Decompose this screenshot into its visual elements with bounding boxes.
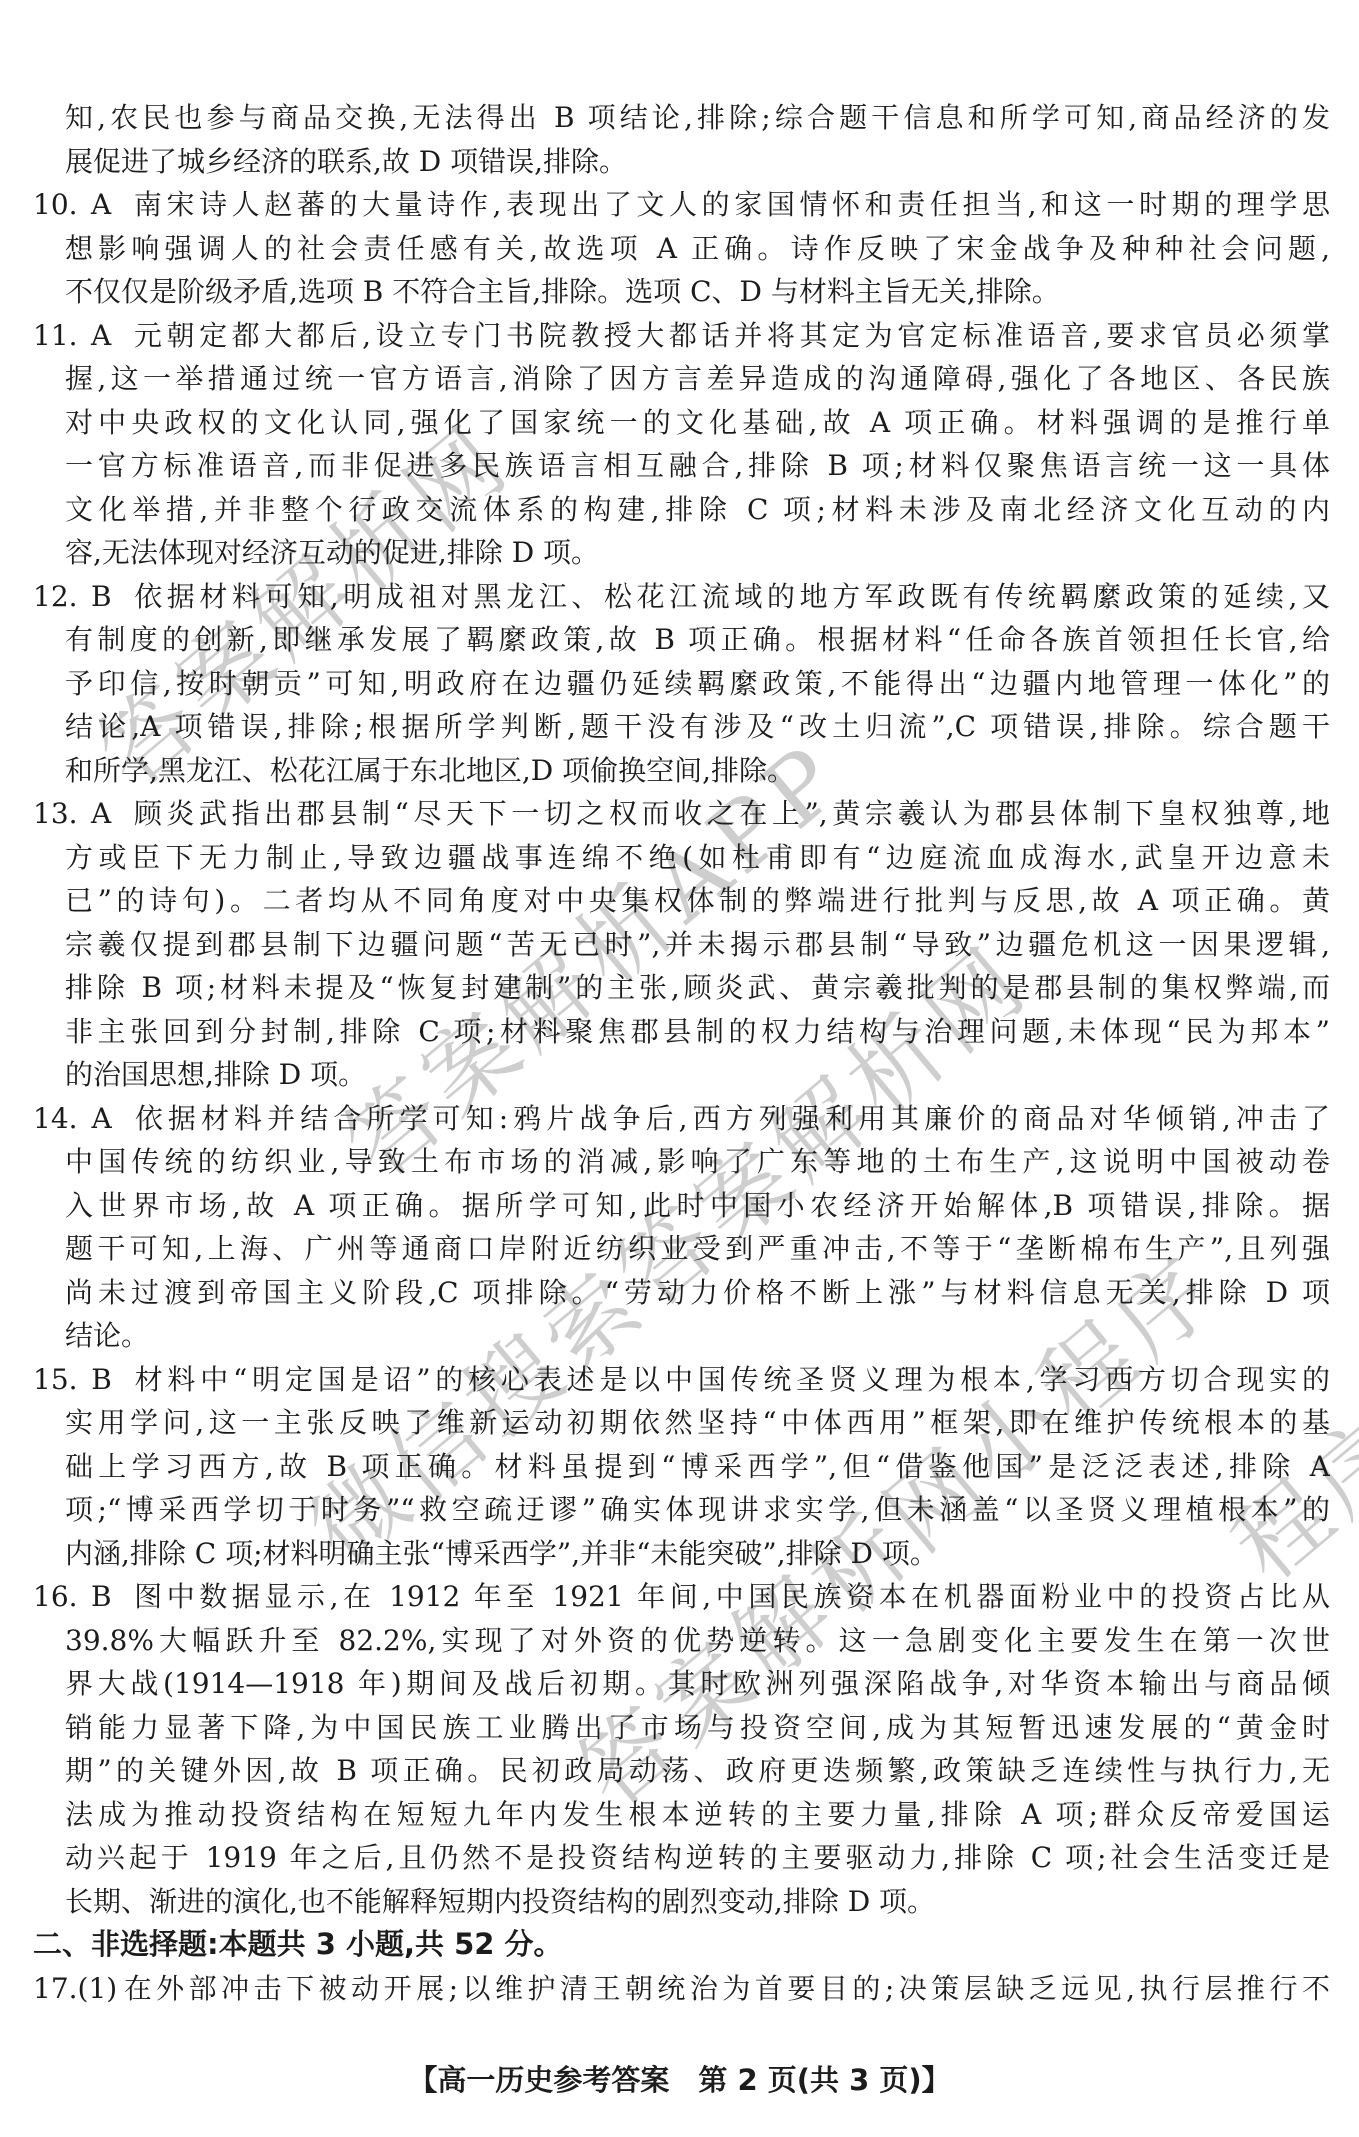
text-line: 39.8%大幅跃升至 82.2%,实现了对外资的优势逆转。这一急剧变化主要发生在…	[33, 1619, 1330, 1663]
text-line: 予印信,按时朝贡”可知,明政府在边疆仍延续羁縻政策,不能得出“边疆内地管理一体化…	[33, 662, 1330, 706]
text-line: 对中央政权的文化认同,强化了国家统一的文化基础,故 A 项正确。材料强调的是推行…	[33, 401, 1330, 445]
text-line: 15. B材料中“明定国是诏”的核心表述是以中国传统圣贤义理为根本,学习西方切合…	[33, 1358, 1330, 1402]
text-line: 入世界市场,故 A 项正确。据所学可知,此时中国小农经济开始解体,B 项错误,排…	[33, 1184, 1330, 1228]
text-line: 展促进了城乡经济的联系,故 D 项错误,排除。	[33, 140, 1330, 184]
text-line: 有制度的创新,即继承发展了羁縻政策,故 B 项正确。根据材料“任命各族首领担任长…	[33, 618, 1330, 662]
text-line: 结论,A 项错误,排除;根据所学判断,题干没有涉及“改土归流”,C 项错误,排除…	[33, 705, 1330, 749]
text-line: 不仅仅是阶级矛盾,选项 B 不符合主旨,排除。选项 C、D 与材料主旨无关,排除…	[33, 270, 1330, 314]
line-text: 排除 B 项;材料未提及“恢复封建制”的主张,顾炎武、黄宗羲批判的是郡县制的集权…	[65, 971, 1330, 1004]
text-line: 实用学问,这一主张反映了维新运动初期依然坚持“中体西用”框架,即在维护传统根本的…	[33, 1401, 1330, 1445]
line-text: 握,这一举措通过统一官方语言,消除了因方言差异造成的沟通障碍,强化了各地区、各民…	[65, 362, 1330, 395]
line-text: 想影响强调人的社会责任感有关,故选项 A 正确。诗作反映了宋金战争及种种社会问题…	[65, 232, 1330, 265]
text-line: 的治国思想,排除 D 项。	[33, 1053, 1330, 1097]
text-line: 一官方标准语音,而非促进多民族语言相互融合,排除 B 项;材料仅聚焦语言统一这一…	[33, 444, 1330, 488]
item-marker: 17.(1)	[33, 1972, 117, 2005]
line-text: 界大战(1914—1918 年)期间及战后初期。其时欧洲列强深陷战争,对华资本输…	[65, 1667, 1330, 1700]
item-marker: 14. A	[33, 1102, 112, 1135]
text-line: 题干可知,上海、广州等通商口岸附近纺织业受到严重冲击,不等于“垄断棉布生产”,且…	[33, 1227, 1330, 1271]
line-text: 展促进了城乡经济的联系,故 D 项错误,排除。	[65, 145, 627, 178]
text-line: 结论。	[33, 1314, 1330, 1358]
text-line: 础上学习西方,故 B 项正确。材料虽提到“博采西学”,但“借鉴他国”是泛泛表述,…	[33, 1445, 1330, 1489]
text-line: 界大战(1914—1918 年)期间及战后初期。其时欧洲列强深陷战争,对华资本输…	[33, 1662, 1330, 1706]
text-line: 17.(1)在外部冲击下被动开展;以维护清王朝统治为首要目的;决策层缺乏远见,执…	[33, 1967, 1330, 2011]
line-text: 动兴起于 1919 年之后,且仍然不是投资结构逆转的主要驱动力,排除 C 项;社…	[65, 1841, 1330, 1874]
line-text: 不仅仅是阶级矛盾,选项 B 不符合主旨,排除。选项 C、D 与材料主旨无关,排除…	[65, 275, 1060, 308]
text-line: 长期、渐进的演化,也不能解释短期内投资结构的剧烈变动,排除 D 项。	[33, 1880, 1330, 1924]
line-text: 结论。	[65, 1319, 149, 1352]
text-line: 非主张回到分封制,排除 C 项;材料聚焦郡县制的权力结构与治理问题,未体现“民为…	[33, 1010, 1330, 1054]
exam-answer-page: 答案解析网答案解析APP微信搜索答案解析网答案解析网小程序程序 知,农民也参与商…	[0, 0, 1359, 2137]
line-text: 宗羲仅提到郡县制下边疆问题“苦无已时”,并未揭示郡县制“导致”边疆危机这一因果逻…	[65, 928, 1330, 961]
line-text: 依据材料可知,明成祖对黑龙江、松花江流域的地方军政既有传统羁縻政策的延续,又	[130, 580, 1330, 613]
item-marker: 11. A	[33, 319, 111, 352]
line-text: 对中央政权的文化认同,强化了国家统一的文化基础,故 A 项正确。材料强调的是推行…	[65, 406, 1330, 439]
page-footer: 【高一历史参考答案 第 2 页(共 3 页)】	[0, 2058, 1359, 2099]
line-text: 文化举措,并非整个行政交流体系的构建,排除 C 项;材料未涉及南北经济文化互动的…	[65, 493, 1330, 526]
text-line: 方或臣下无力制止,导致边疆战事连绵不绝(如杜甫即有“边庭流血成海水,武皇开边意未	[33, 836, 1330, 880]
text-line: 想影响强调人的社会责任感有关,故选项 A 正确。诗作反映了宋金战争及种种社会问题…	[33, 227, 1330, 271]
line-text: 中国传统的纺织业,导致土布市场的消减,影响了广东等地的土布生产,这说明中国被动卷	[65, 1145, 1330, 1178]
item-marker: 10. A	[33, 188, 111, 221]
text-line: 动兴起于 1919 年之后,且仍然不是投资结构逆转的主要驱动力,排除 C 项;社…	[33, 1836, 1330, 1880]
line-text: 材料中“明定国是诏”的核心表述是以中国传统圣贤义理为根本,学习西方切合现实的	[130, 1363, 1330, 1396]
text-line: 容,无法体现对经济互动的促进,排除 D 项。	[33, 531, 1330, 575]
line-text: 方或臣下无力制止,导致边疆战事连绵不绝(如杜甫即有“边庭流血成海水,武皇开边意未	[65, 841, 1330, 874]
line-text: 非主张回到分封制,排除 C 项;材料聚焦郡县制的权力结构与治理问题,未体现“民为…	[65, 1015, 1330, 1048]
line-text: 元朝定都大都后,设立专门书院教授大都话并将其定为官定标准语音,要求官员必须掌	[129, 319, 1330, 352]
text-line: 内涵,排除 C 项;材料明确主张“博采西学”,并非“未能突破”,排除 D 项。	[33, 1532, 1330, 1576]
text-line: 已”的诗句)。二者均从不同角度对中央集权体制的弊端进行批判与反思,故 A 项正确…	[33, 879, 1330, 923]
line-text: 题干可知,上海、广州等通商口岸附近纺织业受到严重冲击,不等于“垄断棉布生产”,且…	[65, 1232, 1330, 1265]
line-text: 一官方标准语音,而非促进多民族语言相互融合,排除 B 项;材料仅聚焦语言统一这一…	[65, 449, 1330, 482]
line-text: 期”的关键外因,故 B 项正确。民初政局动荡、政府更迭频繁,政策缺乏连续性与执行…	[65, 1754, 1330, 1787]
line-text: 尚未过渡到帝国主义阶段,C 项排除。“劳动力价格不断上涨”与材料信息无关,排除 …	[65, 1276, 1330, 1309]
line-text: 依据材料并结合所学可知:鸦片战争后,西方列强利用其廉价的商品对华倾销,冲击了	[130, 1102, 1330, 1135]
line-text: 南宋诗人赵蕃的大量诗作,表现出了文人的家国情怀和责任担当,和这一时期的理学思	[129, 188, 1330, 221]
text-line: 和所学,黑龙江、松花江属于东北地区,D 项偷换空间,排除。	[33, 749, 1330, 793]
line-text: 图中数据显示,在 1912 年至 1921 年间,中国民族资本在机器面粉业中的投…	[130, 1580, 1330, 1613]
line-text: 内涵,排除 C 项;材料明确主张“博采西学”,并非“未能突破”,排除 D 项。	[65, 1537, 938, 1570]
text-line: 握,这一举措通过统一官方语言,消除了因方言差异造成的沟通障碍,强化了各地区、各民…	[33, 357, 1330, 401]
line-text: 已”的诗句)。二者均从不同角度对中央集权体制的弊端进行批判与反思,故 A 项正确…	[65, 884, 1330, 917]
line-text: 的治国思想,排除 D 项。	[65, 1058, 366, 1091]
text-line: 二、非选择题:本题共 3 小题,共 52 分。	[33, 1923, 1330, 1967]
item-marker: 15. B	[33, 1363, 112, 1396]
text-line: 项;“博采西学切于时务”“救空疏迂谬”确实体现讲求实学,但未涵盖“以圣贤义理植根…	[33, 1488, 1330, 1532]
item-marker: 13. A	[33, 797, 111, 830]
line-text: 二、非选择题:本题共 3 小题,共 52 分。	[33, 1927, 563, 1961]
text-line: 宗羲仅提到郡县制下边疆问题“苦无已时”,并未揭示郡县制“导致”边疆危机这一因果逻…	[33, 923, 1330, 967]
line-text: 有制度的创新,即继承发展了羁縻政策,故 B 项正确。根据材料“任命各族首领担任长…	[65, 623, 1330, 656]
text-line: 11. A元朝定都大都后,设立专门书院教授大都话并将其定为官定标准语音,要求官员…	[33, 314, 1330, 358]
text-line: 12. B依据材料可知,明成祖对黑龙江、松花江流域的地方军政既有传统羁縻政策的延…	[33, 575, 1330, 619]
line-text: 项;“博采西学切于时务”“救空疏迂谬”确实体现讲求实学,但未涵盖“以圣贤义理植根…	[65, 1493, 1330, 1526]
line-text: 长期、渐进的演化,也不能解释短期内投资结构的剧烈变动,排除 D 项。	[65, 1885, 935, 1918]
item-marker: 12. B	[33, 580, 112, 613]
text-line: 期”的关键外因,故 B 项正确。民初政局动荡、政府更迭频繁,政策缺乏连续性与执行…	[33, 1749, 1330, 1793]
answer-text-block: 知,农民也参与商品交换,无法得出 B 项结论,排除;综合题干信息和所学可知,商品…	[33, 96, 1330, 2010]
line-text: 在外部冲击下被动开展;以维护清王朝统治为首要目的;决策层缺乏远见,执行层推行不	[119, 1972, 1330, 2005]
line-text: 销能力显著下降,为中国民族工业腾出了市场与投资空间,成为其短暂迅速发展的“黄金时	[65, 1711, 1330, 1744]
line-text: 入世界市场,故 A 项正确。据所学可知,此时中国小农经济开始解体,B 项错误,排…	[65, 1189, 1330, 1222]
text-line: 尚未过渡到帝国主义阶段,C 项排除。“劳动力价格不断上涨”与材料信息无关,排除 …	[33, 1271, 1330, 1315]
text-line: 16. B图中数据显示,在 1912 年至 1921 年间,中国民族资本在机器面…	[33, 1575, 1330, 1619]
text-line: 排除 B 项;材料未提及“恢复封建制”的主张,顾炎武、黄宗羲批判的是郡县制的集权…	[33, 966, 1330, 1010]
text-line: 中国传统的纺织业,导致土布市场的消减,影响了广东等地的土布生产,这说明中国被动卷	[33, 1140, 1330, 1184]
text-line: 法成为推动投资结构在短短九年内发生根本逆转的主要力量,排除 A 项;群众反帝爱国…	[33, 1793, 1330, 1837]
line-text: 予印信,按时朝贡”可知,明政府在边疆仍延续羁縻政策,不能得出“边疆内地管理一体化…	[65, 667, 1330, 700]
line-text: 容,无法体现对经济互动的促进,排除 D 项。	[65, 536, 599, 569]
line-text: 和所学,黑龙江、松花江属于东北地区,D 项偷换空间,排除。	[65, 754, 795, 787]
line-text: 顾炎武指出郡县制“尽天下一切之权而收之在上”,黄宗羲认为郡县体制下皇权独尊,地	[129, 797, 1330, 830]
item-marker: 16. B	[33, 1580, 112, 1613]
text-line: 文化举措,并非整个行政交流体系的构建,排除 C 项;材料未涉及南北经济文化互动的…	[33, 488, 1330, 532]
line-text: 法成为推动投资结构在短短九年内发生根本逆转的主要力量,排除 A 项;群众反帝爱国…	[65, 1798, 1330, 1831]
text-line: 销能力显著下降,为中国民族工业腾出了市场与投资空间,成为其短暂迅速发展的“黄金时	[33, 1706, 1330, 1750]
line-text: 结论,A 项错误,排除;根据所学判断,题干没有涉及“改土归流”,C 项错误,排除…	[65, 710, 1330, 743]
text-line: 10. A南宋诗人赵蕃的大量诗作,表现出了文人的家国情怀和责任担当,和这一时期的…	[33, 183, 1330, 227]
line-text: 础上学习西方,故 B 项正确。材料虽提到“博采西学”,但“借鉴他国”是泛泛表述,…	[65, 1450, 1330, 1483]
text-line: 知,农民也参与商品交换,无法得出 B 项结论,排除;综合题干信息和所学可知,商品…	[33, 96, 1330, 140]
text-line: 13. A顾炎武指出郡县制“尽天下一切之权而收之在上”,黄宗羲认为郡县体制下皇权…	[33, 792, 1330, 836]
line-text: 实用学问,这一主张反映了维新运动初期依然坚持“中体西用”框架,即在维护传统根本的…	[65, 1406, 1330, 1439]
line-text: 39.8%大幅跃升至 82.2%,实现了对外资的优势逆转。这一急剧变化主要发生在…	[65, 1624, 1330, 1657]
line-text: 知,农民也参与商品交换,无法得出 B 项结论,排除;综合题干信息和所学可知,商品…	[65, 101, 1330, 134]
text-line: 14. A依据材料并结合所学可知:鸦片战争后,西方列强利用其廉价的商品对华倾销,…	[33, 1097, 1330, 1141]
